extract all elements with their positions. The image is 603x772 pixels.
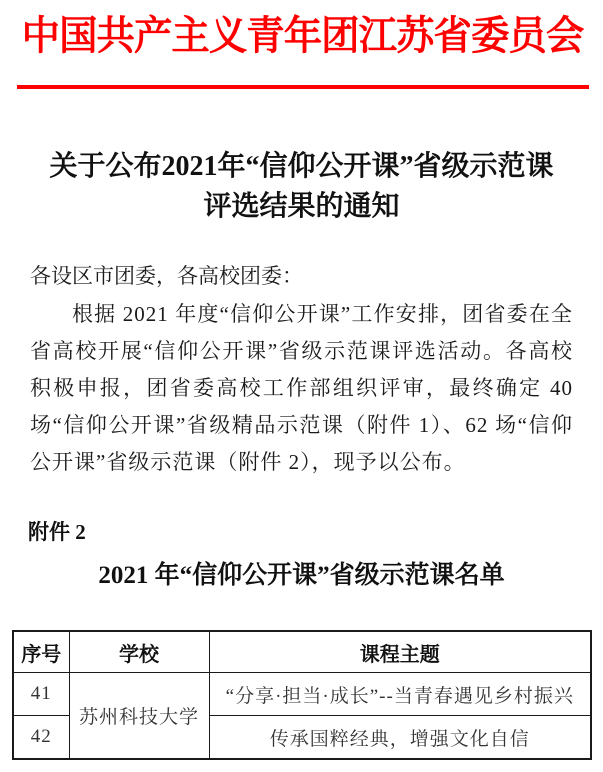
column-header-course-topic: 课程主题 [209, 631, 591, 673]
notice-title-line-1: 关于公布2021年“信仰公开课”省级示范课 [20, 147, 583, 187]
official-notice-document: 中国共产主义青年团江苏省委员会 关于公布2021年“信仰公开课”省级示范课 评选… [0, 8, 603, 772]
table-header-row: 序号 学校 课程主题 [13, 631, 591, 673]
letterhead-org-name: 中国共产主义青年团江苏省委员会 [22, 8, 582, 64]
notice-body-paragraph: 根据 2021 年度“信仰公开课”工作安排，团省委在全省高校开展“信仰公开课”省… [30, 296, 573, 481]
notice-title-line-2: 评选结果的通知 [20, 187, 583, 227]
cell-course-topic: “分享·担当·成长”--当青春遇见乡村振兴 [209, 673, 591, 716]
cell-school: 苏州科技大学 [69, 673, 209, 760]
notice-title: 关于公布2021年“信仰公开课”省级示范课 评选结果的通知 [20, 147, 583, 227]
attachment-table-title: 2021 年“信仰公开课”省级示范课名单 [0, 561, 603, 591]
cell-serial-no: 41 [13, 673, 69, 716]
cell-serial-no: 42 [13, 716, 69, 760]
demo-course-table: 序号 学校 课程主题 41 苏州科技大学 “分享·担当·成长”--当青春遇见乡村… [12, 630, 592, 760]
column-header-serial-no: 序号 [13, 631, 69, 673]
salutation: 各设区市团委，各高校团委： [30, 264, 573, 289]
red-divider [17, 85, 589, 89]
cell-course-topic: 传承国粹经典，增强文化自信 [209, 716, 591, 760]
column-header-school: 学校 [69, 631, 209, 673]
table-row: 41 苏州科技大学 “分享·担当·成长”--当青春遇见乡村振兴 [13, 673, 591, 716]
attachment-label: 附件 2 [28, 520, 603, 544]
